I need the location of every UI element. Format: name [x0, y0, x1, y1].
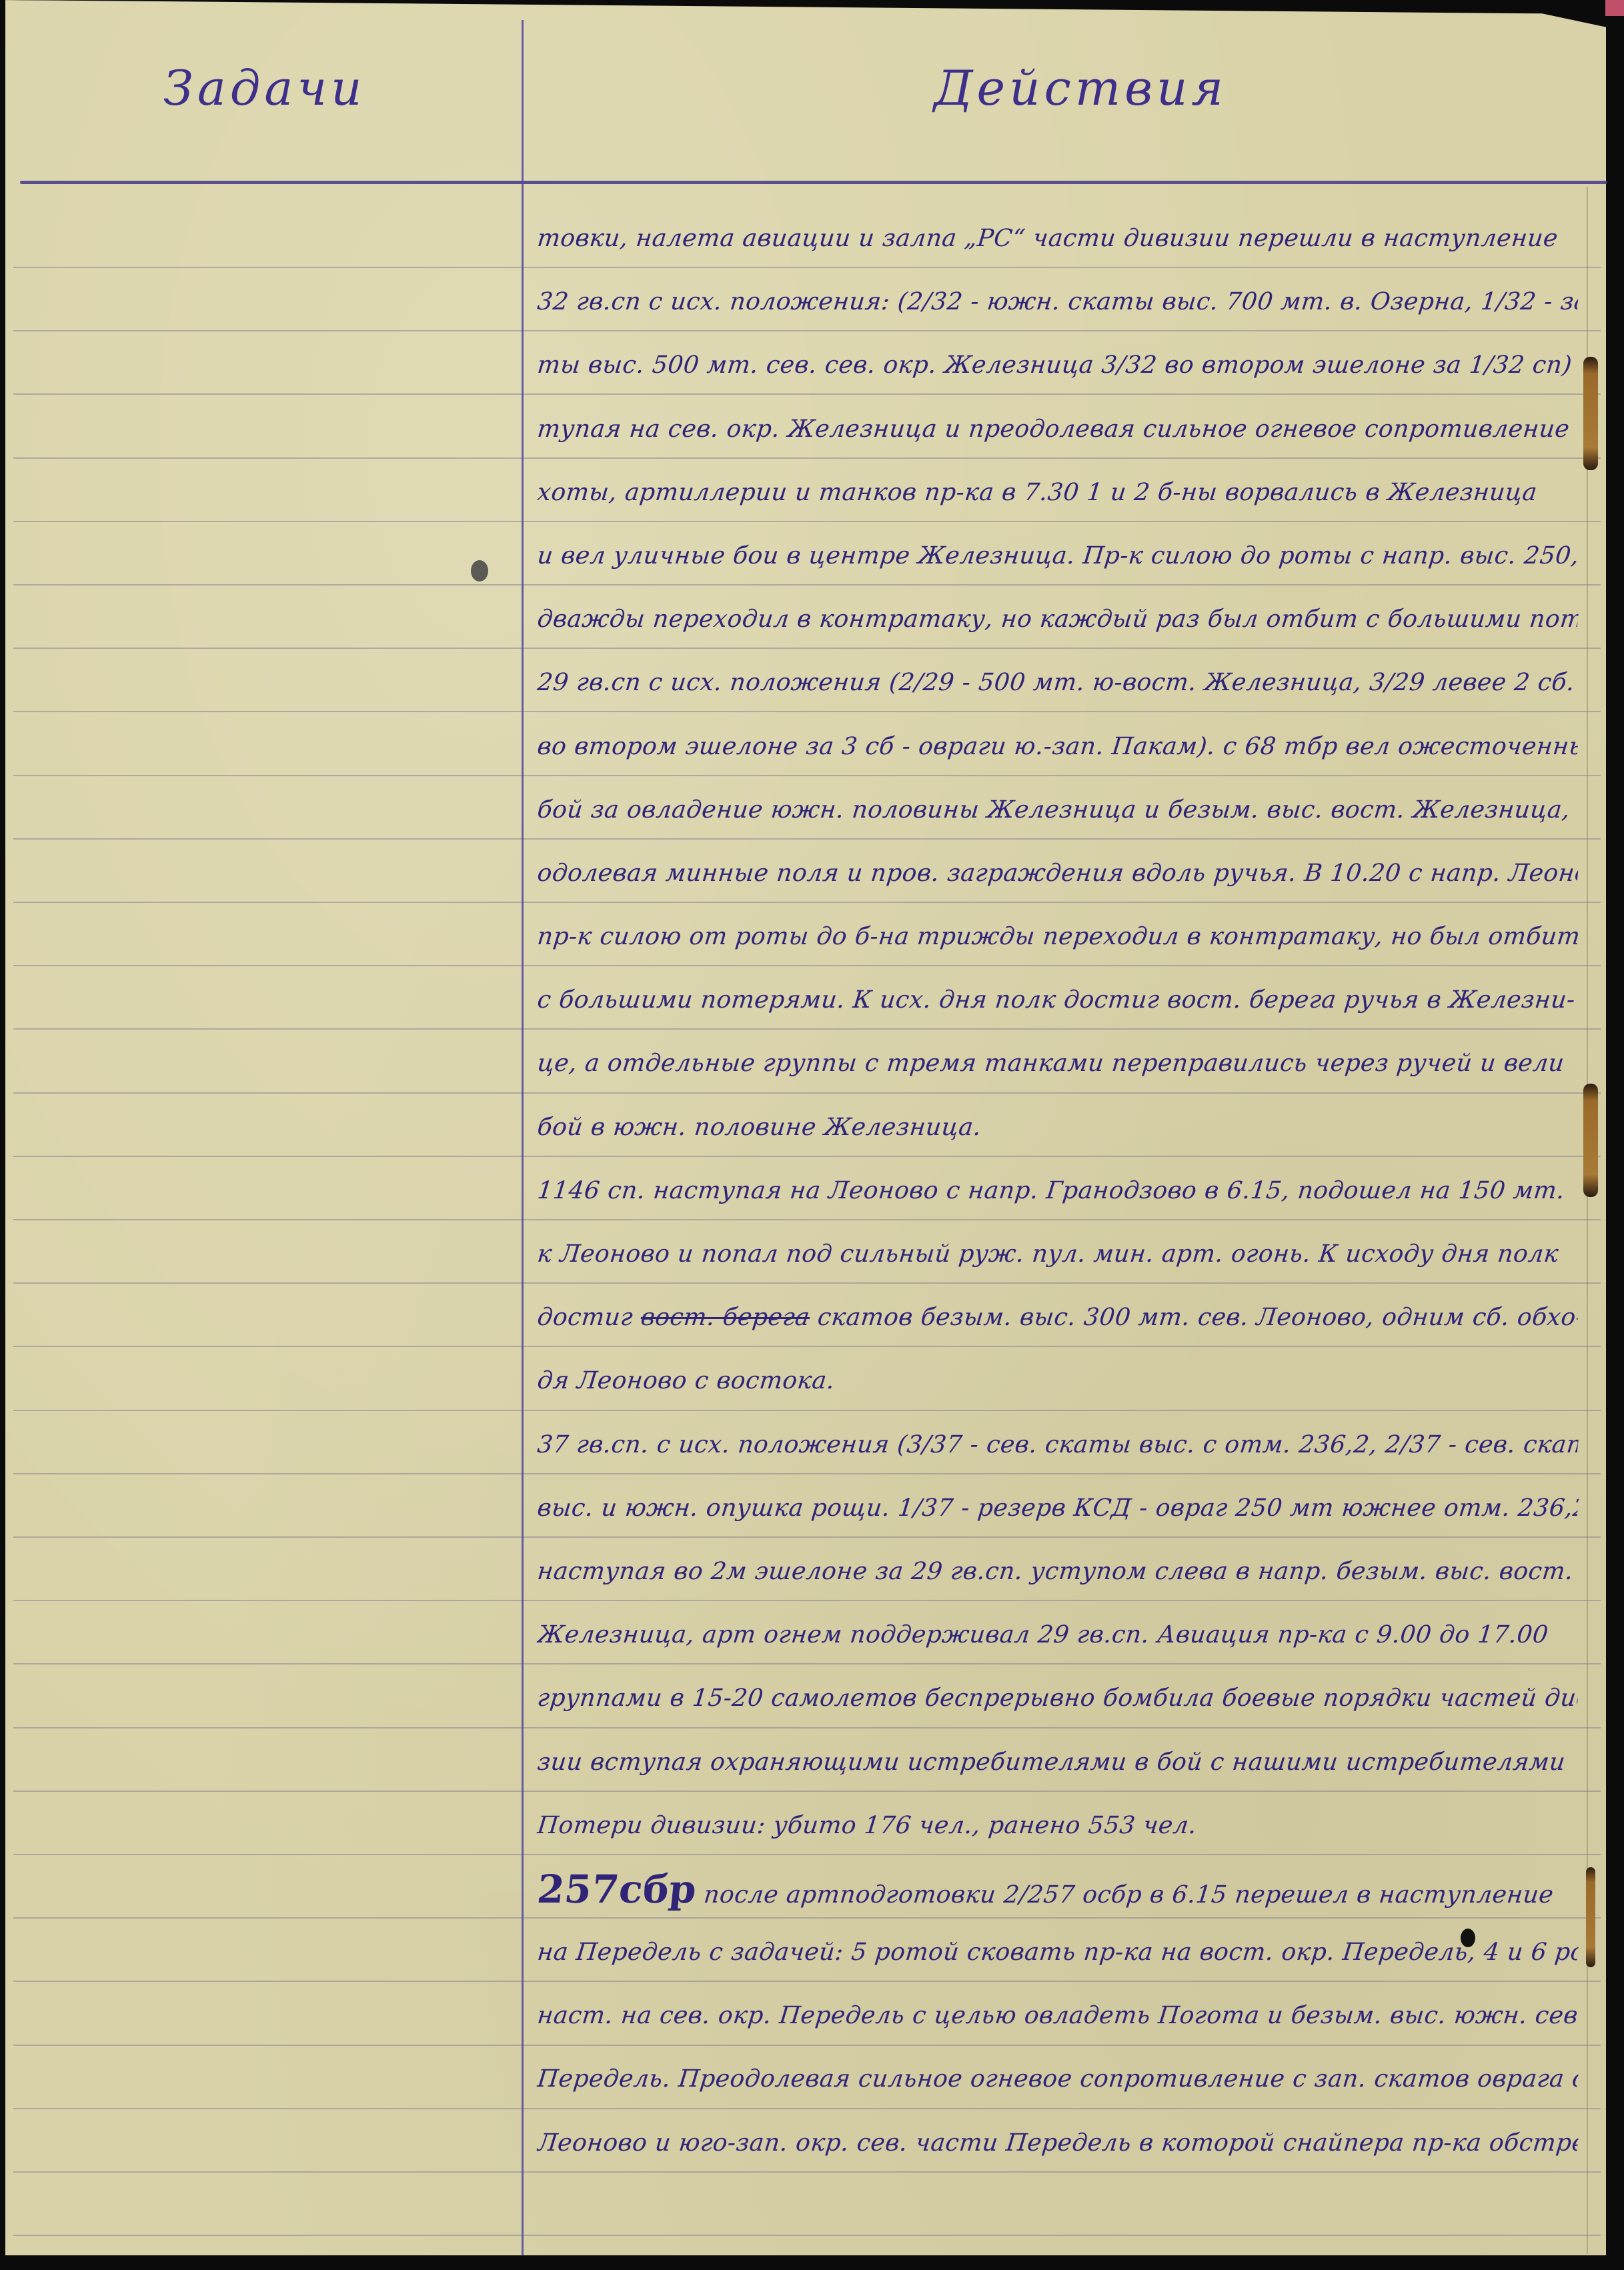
column-header-actions: Действия [934, 60, 1227, 116]
ink-spot [1461, 1929, 1475, 1947]
text-line: 29 гв.сп с исх. положения (2/29 - 500 мт… [534, 656, 1581, 720]
text-line: наступая во 2м эшелоне за 29 гв.сп. усту… [534, 1545, 1581, 1608]
text-line: 32 гв.сп с исх. положения: (2/32 - южн. … [534, 275, 1581, 339]
rust-staple-stain [1583, 357, 1598, 470]
text-line: дважды переходил в контратаку, но каждый… [534, 593, 1581, 656]
text-line: 37 гв.сп. с исх. положения (3/37 - сев. … [534, 1418, 1581, 1482]
ruled-line [13, 2235, 1601, 2236]
text-line: зии вступая охраняющими истребителями в … [534, 1736, 1581, 1799]
header-rule [20, 181, 1607, 184]
text-line: одолевая минные поля и пров. заграждения… [534, 847, 1581, 910]
text-line: 1146 сп. наступая на Леоново с напр. Гра… [534, 1164, 1581, 1228]
brigade-heading-line: 257сбр после артподготовки 2/257 осбр в … [534, 1863, 1581, 1926]
text-line: Железница, арт огнем поддерживал 29 гв.с… [534, 1608, 1581, 1672]
text-line: товки, налета авиации и залпа „РС“ части… [534, 212, 1581, 275]
unit-label-257: 257сбр [535, 1867, 699, 1912]
text-line: Передель. Преодолевая сильное огневое со… [534, 2053, 1581, 2116]
text-line: дя Леоново с востока. [534, 1354, 1581, 1418]
losses-line: Потери дивизии: убито 176 чел., ранено 5… [534, 1799, 1581, 1863]
text-line: бой за овладение южн. половины Железница… [534, 784, 1581, 847]
text-line: ты выс. 500 мт. сев. сев. окр. Железница… [534, 339, 1581, 402]
text-line: во втором эшелоне за 3 сб - овраги ю.-за… [534, 720, 1581, 784]
text-line: Леоново и юго-зап. окр. сев. части Перед… [534, 2117, 1581, 2180]
rust-staple-stain [1586, 1867, 1595, 1967]
text-line: тупая на сев. окр. Железница и преодолев… [534, 403, 1581, 466]
corner-tab-mark [1605, 0, 1624, 16]
text-line: на Передель с задачей: 5 ротой сковать п… [534, 1926, 1581, 1989]
actions-column-text: товки, налета авиации и залпа „РС“ части… [534, 212, 1574, 2180]
text-line: це, а отдельные группы с тремя танками п… [534, 1037, 1581, 1100]
ink-blot [471, 560, 488, 582]
text-line: бой в южн. половине Железница. [534, 1101, 1581, 1164]
text-line: группами в 15-20 самолетов беспрерывно б… [534, 1672, 1581, 1735]
text-line: к Леоново и попал под сильный руж. пул. … [534, 1228, 1581, 1291]
text-line: пр-к силою от роты до б-на трижды перехо… [534, 910, 1581, 974]
text-line: наст. на сев. окр. Передель с целью овла… [534, 1989, 1581, 2053]
text-line: выс. и южн. опушка рощи. 1/37 - резерв К… [534, 1482, 1581, 1545]
text-line: с большими потерями. К исх. дня полк дос… [534, 974, 1581, 1037]
text-line: и вел уличные бои в центре Железница. Пр… [534, 529, 1581, 593]
struck-out-text: вост. берега [640, 1304, 811, 1331]
text-line-with-strikeout: достиг вост. берега скатов безым. выс. 3… [534, 1291, 1581, 1354]
rust-staple-stain [1583, 1084, 1598, 1197]
column-header-tasks: Задачи [163, 60, 366, 116]
text-line: хоты, артиллерии и танков пр-ка в 7.30 1… [534, 466, 1581, 529]
column-divider [522, 20, 524, 2255]
